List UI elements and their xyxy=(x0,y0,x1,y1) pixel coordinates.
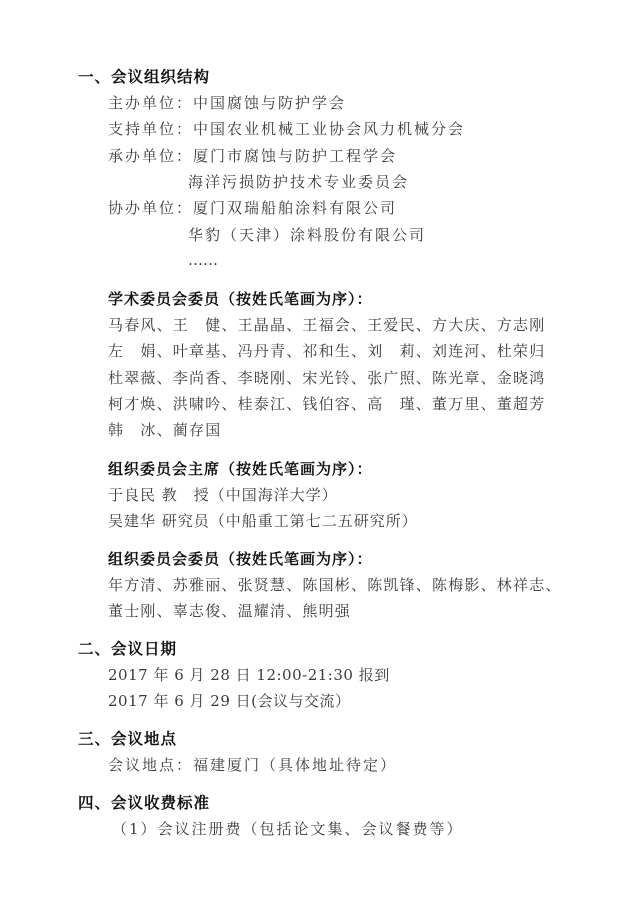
org-label: 支持单位： xyxy=(108,120,193,138)
org-label: 主办单位： xyxy=(108,94,193,112)
venue-line: 会议地点：福建厦门（具体地址待定） xyxy=(108,755,397,775)
academic-committee-title: 学术委员会委员（按姓氏笔画为序）： xyxy=(108,289,373,309)
org-row-co-organizer: 协办单位：厦门双瑞船舶涂料有限公司 xyxy=(108,198,397,218)
org-row-support: 支持单位：中国农业机械工业协会风力机械分会 xyxy=(108,119,465,139)
date-line: 2017 年 6 月 28 日 12:00-21:30 报到 xyxy=(108,665,390,685)
section-heading-dates: 二、会议日期 xyxy=(78,639,177,659)
chair-line: 吴建华 研究员（中船重工第七二五研究所） xyxy=(108,511,418,531)
org-row-organizer: 承办单位：厦门市腐蚀与防护工程学会 xyxy=(108,146,397,166)
org-row-host: 主办单位：中国腐蚀与防护学会 xyxy=(108,93,346,113)
org-row-organizer-2: 海洋污损防护技术专业委员会 xyxy=(188,172,409,192)
org-value: 厦门市腐蚀与防护工程学会 xyxy=(193,147,397,165)
chair-line: 于良民 教 授（中国海洋大学） xyxy=(108,485,338,505)
org-value: 厦门双瑞船舶涂料有限公司 xyxy=(193,199,397,217)
section-heading-fees: 四、会议收费标准 xyxy=(78,793,210,813)
date-line: 2017 年 6 月 29 日(会议与交流） xyxy=(108,691,351,711)
org-row-co-organizer-2: 华豹（天津）涂料股份有限公司 xyxy=(188,225,426,245)
org-value: 中国腐蚀与防护学会 xyxy=(193,94,346,112)
org-label: 承办单位： xyxy=(108,147,193,165)
section-heading-venue: 三、会议地点 xyxy=(78,729,177,749)
member-names-line: 年方清、苏雅丽、张贤慧、陈国彬、陈凯锋、陈梅影、林祥志、 xyxy=(108,575,562,595)
academic-names-line: 左 娟、叶章基、冯丹青、祁和生、刘 莉、刘连河、杜荣归 xyxy=(108,341,545,361)
org-row-ellipsis: …… xyxy=(188,250,218,270)
academic-names-line: 柯才焕、洪啸吟、桂泰江、钱伯容、高 瑾、董万里、董超芳 xyxy=(108,394,545,414)
org-committee-members-title: 组织委员会委员（按姓氏笔画为序）： xyxy=(108,549,373,569)
org-label: 协办单位： xyxy=(108,199,193,217)
fee-line: （1）会议注册费（包括论文集、会议餐费等） xyxy=(112,819,464,839)
academic-names-line: 韩 冰、蔺存国 xyxy=(108,420,221,440)
section-heading-organization: 一、会议组织结构 xyxy=(78,67,210,87)
org-committee-chairs-title: 组织委员会主席（按姓氏笔画为序）： xyxy=(108,459,373,479)
member-names-line: 董士刚、辜志俊、温耀清、熊明强 xyxy=(108,601,351,621)
academic-names-line: 杜翠薇、李尚香、李晓刚、宋光铃、张广照、陈光章、金晓鸿 xyxy=(108,368,545,388)
academic-names-line: 马春风、王 健、王晶晶、王福会、王爱民、方大庆、方志刚 xyxy=(108,315,545,335)
org-value: 中国农业机械工业协会风力机械分会 xyxy=(193,120,465,138)
